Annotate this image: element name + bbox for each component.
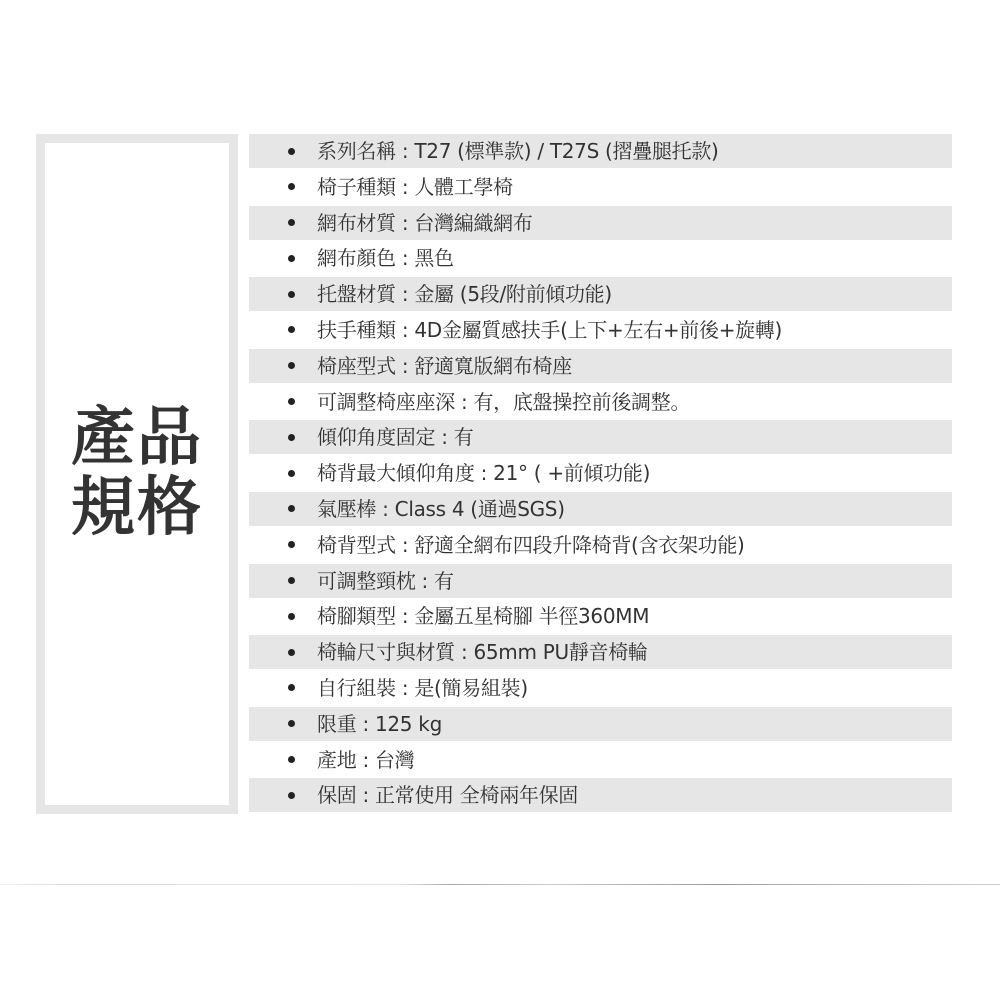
spec-text: 網布材質 : 台灣編織網布 (317, 206, 533, 240)
bullet-icon (288, 577, 295, 584)
bullet-icon (288, 434, 295, 441)
spec-text: 椅背最大傾仰角度 : 21° ( +前傾功能) (317, 456, 650, 490)
spec-row: 產地 : 台灣 (249, 743, 952, 777)
spec-row: 自行組裝 : 是(簡易組裝) (249, 671, 952, 705)
bullet-icon (288, 148, 295, 155)
bullet-icon (288, 362, 295, 369)
bullet-icon (288, 291, 295, 298)
spec-text: 椅輪尺寸與材質 : 65mm PU靜音椅輪 (317, 635, 648, 669)
spec-text: 椅腳類型 : 金屬五星椅腳 半徑360MM (317, 599, 649, 633)
spec-row: 網布材質 : 台灣編織網布 (249, 206, 952, 240)
spec-text: 系列名稱 : T27 (標準款) / T27S (摺疊腿托款) (317, 134, 719, 168)
spec-text: 產地 : 台灣 (317, 743, 414, 777)
spec-row: 限重 : 125 kg (249, 707, 952, 741)
bullet-icon (288, 613, 295, 620)
section-title: 產品規格 (69, 403, 205, 543)
spec-row: 椅座型式 : 舒適寬版網布椅座 (249, 349, 952, 383)
bullet-icon (288, 326, 295, 333)
spec-row: 椅腳類型 : 金屬五星椅腳 半徑360MM (249, 599, 952, 633)
bullet-icon (288, 219, 295, 226)
bullet-icon (288, 756, 295, 763)
spec-row: 托盤材質 : 金屬 (5段/附前傾功能) (249, 277, 952, 311)
bullet-icon (288, 398, 295, 405)
spec-text: 托盤材質 : 金屬 (5段/附前傾功能) (317, 277, 612, 311)
spec-row: 保固 : 正常使用 全椅兩年保固 (249, 778, 952, 812)
bullet-icon (288, 792, 295, 799)
divider (0, 884, 1000, 885)
bullet-icon (288, 649, 295, 656)
spec-text: 傾仰角度固定 : 有 (317, 420, 473, 454)
spec-text: 氣壓棒 : Class 4 (通過SGS) (317, 492, 565, 526)
spec-row: 可調整頸枕 : 有 (249, 564, 952, 598)
spec-row: 椅子種類 : 人體工學椅 (249, 170, 952, 204)
bullet-icon (288, 470, 295, 477)
spec-row: 網布顏色 : 黑色 (249, 241, 952, 275)
spec-row: 氣壓棒 : Class 4 (通過SGS) (249, 492, 952, 526)
bullet-icon (288, 684, 295, 691)
spec-row: 系列名稱 : T27 (標準款) / T27S (摺疊腿托款) (249, 134, 952, 168)
bullet-icon (288, 720, 295, 727)
spec-row: 扶手種類 : 4D金屬質感扶手(上下+左右+前後+旋轉) (249, 313, 952, 347)
bullet-icon (288, 541, 295, 548)
spec-text: 可調整椅座座深 : 有，底盤操控前後調整。 (317, 385, 690, 419)
spec-text: 椅子種類 : 人體工學椅 (317, 170, 513, 204)
spec-list: 系列名稱 : T27 (標準款) / T27S (摺疊腿托款) 椅子種類 : 人… (249, 134, 952, 814)
title-panel: 產品規格 (36, 134, 238, 814)
spec-text: 限重 : 125 kg (317, 707, 442, 741)
spec-text: 可調整頸枕 : 有 (317, 564, 454, 598)
spec-row: 傾仰角度固定 : 有 (249, 420, 952, 454)
spec-text: 椅座型式 : 舒適寬版網布椅座 (317, 349, 572, 383)
spec-text: 保固 : 正常使用 全椅兩年保固 (317, 778, 578, 812)
bullet-icon (288, 505, 295, 512)
spec-text: 網布顏色 : 黑色 (317, 241, 454, 275)
spec-row: 椅背最大傾仰角度 : 21° ( +前傾功能) (249, 456, 952, 490)
spec-row: 椅輪尺寸與材質 : 65mm PU靜音椅輪 (249, 635, 952, 669)
bullet-icon (288, 255, 295, 262)
spec-text: 自行組裝 : 是(簡易組裝) (317, 671, 528, 705)
spec-row: 可調整椅座座深 : 有，底盤操控前後調整。 (249, 385, 952, 419)
spec-row: 椅背型式 : 舒適全網布四段升降椅背(含衣架功能) (249, 528, 952, 562)
spec-text: 扶手種類 : 4D金屬質感扶手(上下+左右+前後+旋轉) (317, 313, 782, 347)
spec-text: 椅背型式 : 舒適全網布四段升降椅背(含衣架功能) (317, 528, 745, 562)
bullet-icon (288, 183, 295, 190)
